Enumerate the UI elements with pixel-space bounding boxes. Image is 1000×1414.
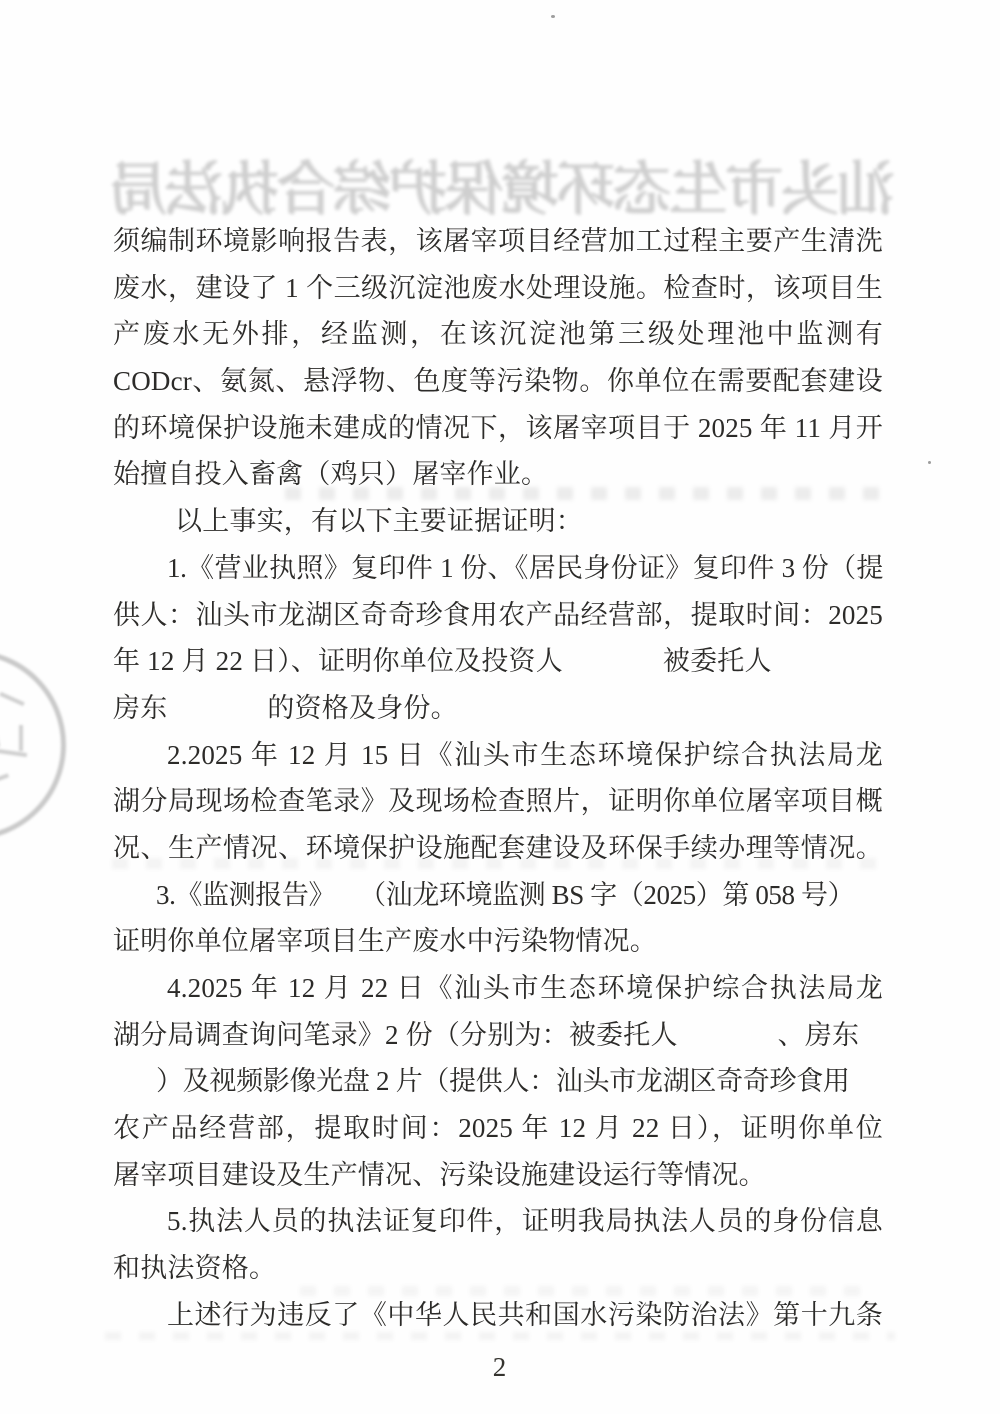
text-line-17: 4.2025 年 12 月 22 日《汕头市生态环境保护综合执法局龙 xyxy=(113,965,883,1012)
text-line-24: 上述行为违反了《中华人民共和国水污染防治法》第十九条 xyxy=(113,1292,883,1339)
scan-speck xyxy=(928,461,931,464)
spacing-gap xyxy=(335,903,359,904)
seal-stroke xyxy=(0,692,25,706)
text-segment: （汕龙环境监测 BS 字（2025）第 058 号） xyxy=(359,880,854,910)
text-segment: 的资格及身份。 xyxy=(267,693,457,723)
text-line-14: 况、生产情况、环境保护设施配套建设及环保手续办理等情况。 xyxy=(113,825,883,872)
text-line-22: 5.执法人员的执法证复印件，证明我局执法人员的身份信息 xyxy=(113,1198,883,1245)
redaction-gap xyxy=(678,1043,778,1044)
redaction-gap xyxy=(167,716,267,717)
seal-stroke xyxy=(0,773,9,784)
scanned-document-page: 汕头市生态环境保护综合执法局 须编制环境影响报告表，该屠宰项目经营加工过程主要产… xyxy=(0,0,1000,1414)
text-segment: 年 12 月 22 日）、证明你单位及投资人 xyxy=(113,646,563,676)
scan-speck xyxy=(551,15,555,18)
text-line-18: 湖分局调查询问笔录》2 份（分别为：被委托人、房东 xyxy=(113,1012,883,1059)
bleedthrough-header-mirror-text: 汕头市生态环境保护综合执法局 xyxy=(108,154,898,226)
text-line-6: 始擅自投入畜禽（鸡只）屠宰作业。 xyxy=(113,451,883,498)
text-line-12: 2.2025 年 12 月 15 日《汕头市生态环境保护综合执法局龙 xyxy=(113,732,883,779)
text-line-13: 湖分局现场检查笔录》及现场检查照片，证明你单位屠宰项目概 xyxy=(113,778,883,825)
text-line-21: 屠宰项目建设及生产情况、污染设施建设运行等情况。 xyxy=(113,1152,883,1199)
text-line-11: 房东的资格及身份。 xyxy=(113,685,883,732)
text-segment: 、房东 xyxy=(778,1020,860,1050)
text-line-2: 废水，建设了 1 个三级沉淀池废水处理设施。检查时，该项目生 xyxy=(113,265,883,312)
seal-bleed-icon xyxy=(0,650,66,840)
text-line-19: ）及视频影像光盘 2 片（提供人：汕头市龙湖区奇奇珍食用 xyxy=(113,1058,883,1105)
seal-stroke xyxy=(19,725,23,751)
text-line-20: 农产品经营部，提取时间：2025 年 12 月 22 日），证明你单位 xyxy=(113,1105,883,1152)
text-segment: 房东 xyxy=(113,693,167,723)
text-line-5: 的环境保护设施未建成的情况下，该屠宰项目于 2025 年 11 月开 xyxy=(113,405,883,452)
text-line-23: 和执法资格。 xyxy=(113,1245,883,1292)
text-line-1: 须编制环境影响报告表，该屠宰项目经营加工过程主要产生清洗 xyxy=(113,218,883,265)
text-segment: 3.《监测报告》 xyxy=(156,880,335,910)
page-number: 2 xyxy=(0,1352,1000,1383)
text-line-10: 年 12 月 22 日）、证明你单位及投资人被委托人 xyxy=(113,638,883,685)
text-line-9: 供人：汕头市龙湖区奇奇珍食用农产品经营部，提取时间：2025 xyxy=(113,592,883,639)
text-line-15: 3.《监测报告》（汕龙环境监测 BS 字（2025）第 058 号） xyxy=(113,872,883,919)
text-segment: 被委托人 xyxy=(663,646,772,676)
redaction-gap xyxy=(563,669,663,670)
text-line-4: CODcr、氨氮、悬浮物、色度等污染物。你单位在需要配套建设 xyxy=(113,358,883,405)
text-line-3: 产废水无外排，经监测，在该沉淀池第三级处理池中监测有 xyxy=(113,311,883,358)
text-line-8: 1.《营业执照》复印件 1 份、《居民身份证》复印件 3 份（提 xyxy=(113,545,883,592)
text-segment: 湖分局调查询问笔录》2 份（分别为：被委托人 xyxy=(113,1020,678,1050)
text-line-16: 证明你单位屠宰项目生产废水中污染物情况。 xyxy=(113,918,883,965)
seal-stroke xyxy=(0,749,27,757)
text-line-7: 以上事实，有以下主要证据证明： xyxy=(113,498,883,545)
document-text-block: 须编制环境影响报告表，该屠宰项目经营加工过程主要产生清洗 废水，建设了 1 个三… xyxy=(113,218,883,1339)
